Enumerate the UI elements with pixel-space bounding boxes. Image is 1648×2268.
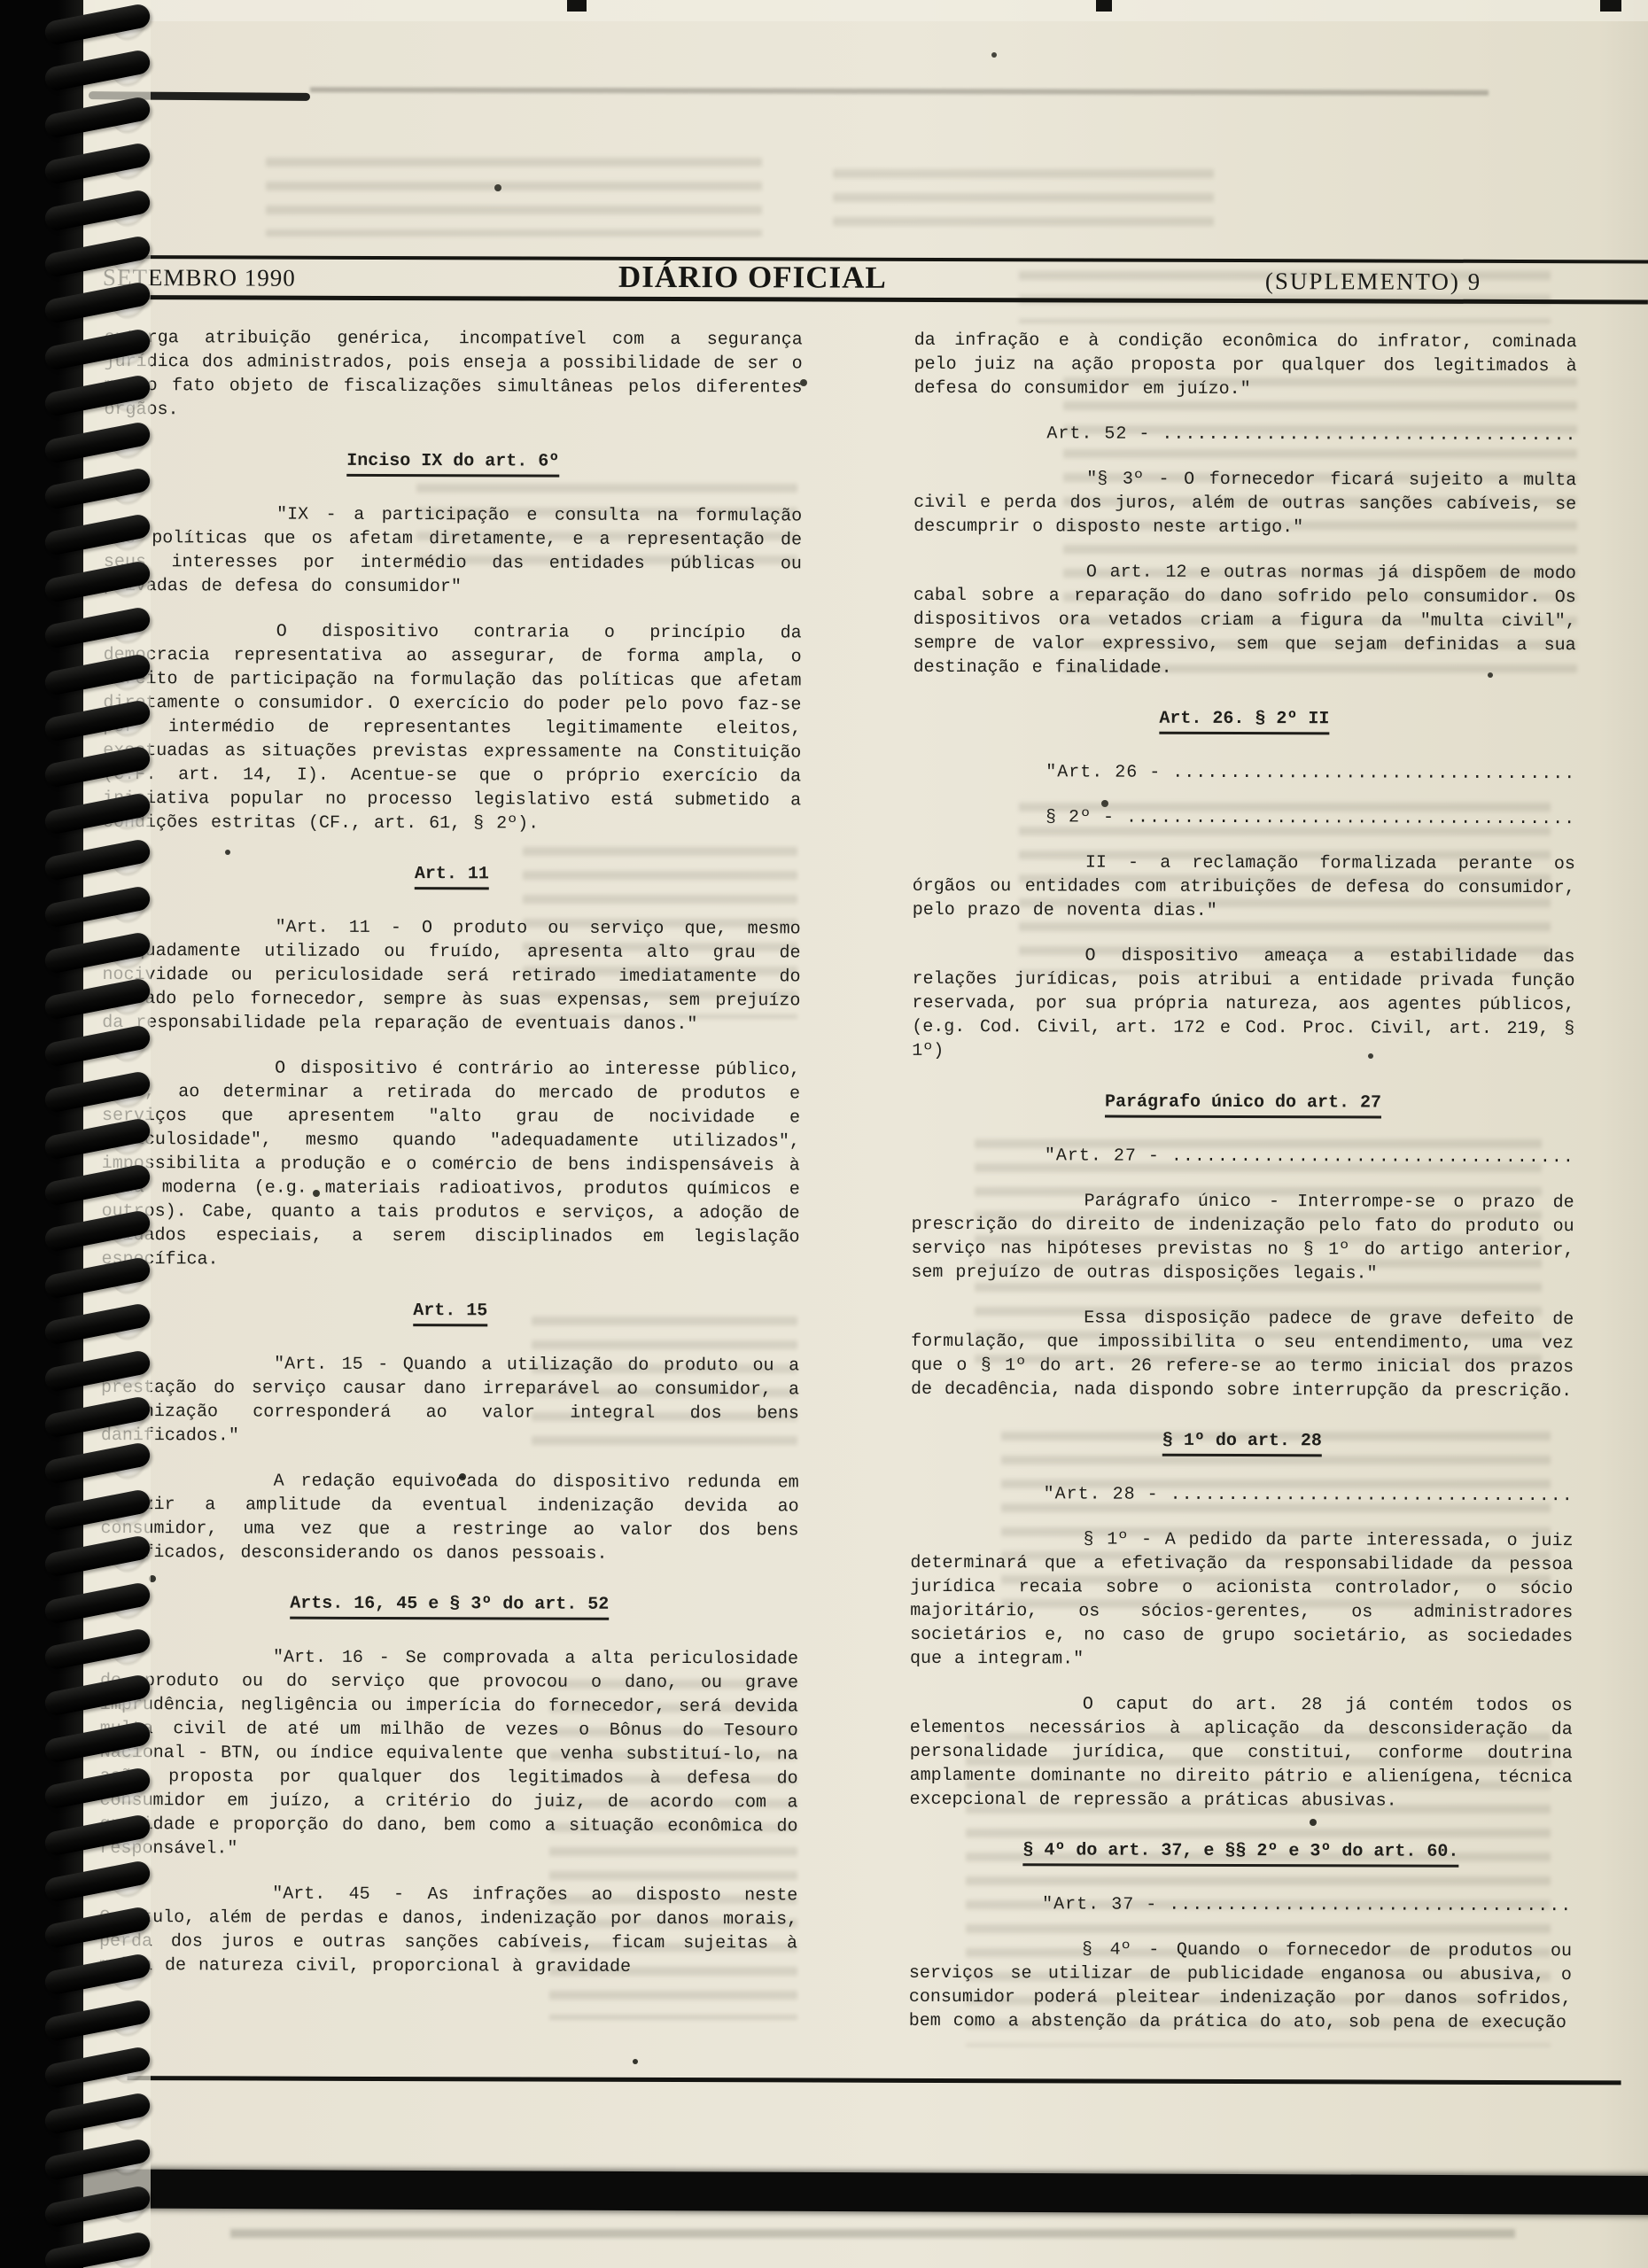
page-content: SETEMBRO 1990 DIÁRIO OFICIAL (SUPLEMENTO… bbox=[0, 0, 1648, 2268]
header-rule-bottom bbox=[84, 295, 1648, 305]
header-supplement-page: (SUPLEMENTO) 9 bbox=[1265, 268, 1481, 296]
paragraph: "Art. 15 - Quando a utilização do produt… bbox=[101, 1352, 799, 1449]
paragraph: outorga atribuição genérica, incompatíve… bbox=[104, 326, 802, 423]
footer-rule bbox=[128, 2076, 1621, 2085]
section-heading: Arts. 16, 45 e § 3º do art. 52 bbox=[100, 1591, 798, 1617]
dotted-placeholder-line: Art. 52 - ..............................… bbox=[913, 422, 1576, 447]
section-heading: Art. 15 bbox=[101, 1298, 799, 1324]
section-heading: Parágrafo único do art. 27 bbox=[912, 1090, 1574, 1115]
section-heading-text: Parágrafo único do art. 27 bbox=[1105, 1092, 1381, 1119]
section-heading-text: Art. 11 bbox=[415, 864, 489, 889]
left-text-column: outorga atribuição genérica, incompatíve… bbox=[99, 326, 803, 2000]
paragraph: II - a reclamação formalizada perante os… bbox=[913, 850, 1575, 924]
paragraph: § 4º - Quando o fornecedor de produtos o… bbox=[909, 1938, 1572, 2035]
section-heading: § 4º do art. 37, e §§ 2º e 3º do art. 60… bbox=[909, 1838, 1572, 1864]
paragraph: "Art. 16 - Se comprovada a alta periculo… bbox=[99, 1645, 798, 1862]
paragraph: "IX - a participação e consulta na formu… bbox=[104, 502, 802, 600]
scanned-gazette-page: SETEMBRO 1990 DIÁRIO OFICIAL (SUPLEMENTO… bbox=[0, 0, 1648, 2268]
paragraph: "Art. 11 - O produto ou serviço que, mes… bbox=[102, 915, 800, 1037]
spiral-binding bbox=[0, 0, 159, 2268]
paragraph: da infração e à condição econômica do in… bbox=[914, 329, 1577, 402]
section-heading: § 1º do art. 28 bbox=[911, 1428, 1574, 1454]
dotted-placeholder-line: § 2º - .................................… bbox=[913, 805, 1575, 831]
paragraph: O dispositivo contraria o princípio da d… bbox=[103, 619, 802, 836]
paragraph: Essa disposição padece de grave defeito … bbox=[911, 1306, 1574, 1403]
section-heading: Art. 11 bbox=[103, 861, 801, 887]
section-heading-text: Art. 26. § 2º II bbox=[1159, 709, 1329, 735]
dotted-placeholder-line: "Art. 28 - .............................… bbox=[911, 1482, 1574, 1508]
dotted-placeholder-line: "Art. 27 - .............................… bbox=[912, 1144, 1574, 1169]
section-heading: Art. 26. § 2º II bbox=[913, 706, 1575, 732]
right-text-column: da infração e à condição econômica do in… bbox=[909, 329, 1577, 2056]
paragraph: § 1º - A pedido da parte interessada, o … bbox=[910, 1527, 1574, 1673]
paragraph: "Art. 45 - As infrações ao disposto nest… bbox=[99, 1882, 797, 1979]
section-heading-text: Arts. 16, 45 e § 3º do art. 52 bbox=[290, 1594, 609, 1620]
page-title: DIÁRIO OFICIAL bbox=[618, 260, 887, 296]
section-heading: Inciso IX do art. 6º bbox=[104, 448, 802, 474]
paragraph: A redação equivocada do dispositivo redu… bbox=[100, 1469, 798, 1566]
paragraph: "§ 3º - O fornecedor ficará sujeito a mu… bbox=[913, 467, 1576, 540]
paragraph: O dispositivo é contrário ao interesse p… bbox=[101, 1056, 800, 1273]
paragraph: O art. 12 e outras normas já dispõem de … bbox=[913, 560, 1576, 681]
section-heading-text: Inciso IX do art. 6º bbox=[346, 451, 559, 478]
dotted-placeholder-line: "Art. 37 - .............................… bbox=[909, 1892, 1572, 1918]
section-heading-text: § 1º do art. 28 bbox=[1162, 1431, 1322, 1457]
paragraph: O dispositivo ameaça a estabilidade das … bbox=[912, 944, 1574, 1065]
paragraph: Parágrafo único - Interrompe-se o prazo … bbox=[911, 1189, 1574, 1286]
paragraph: O caput do art. 28 já contém todos os el… bbox=[910, 1692, 1573, 1814]
dotted-placeholder-line: "Art. 26 - .............................… bbox=[913, 760, 1575, 786]
section-heading-text: § 4º do art. 37, e §§ 2º e 3º do art. 60… bbox=[1022, 1840, 1458, 1868]
section-heading-text: Art. 15 bbox=[413, 1301, 487, 1326]
